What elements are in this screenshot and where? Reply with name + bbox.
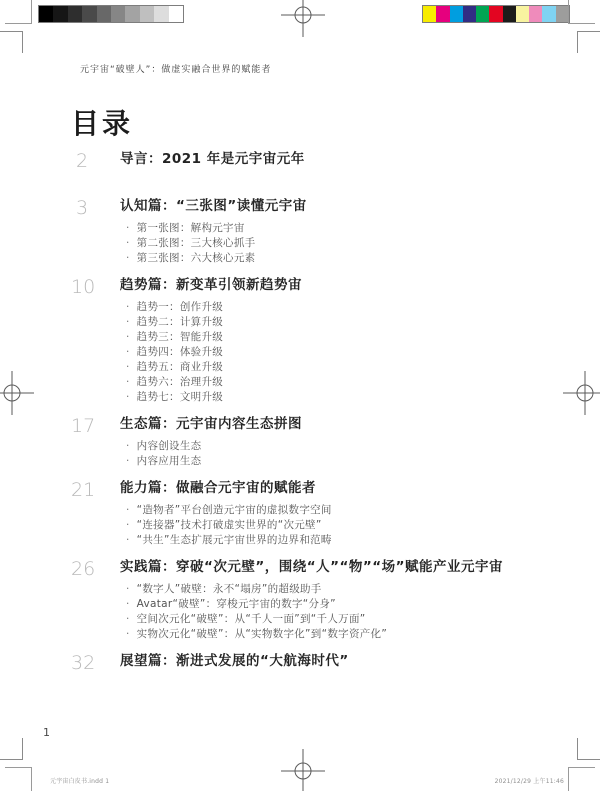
grayscale-swatch xyxy=(169,6,183,22)
toc-subitem: ·趋势六：治理升级 xyxy=(126,375,302,390)
toc-entry: 10趋势篇：新变革引领新趋势宙·趋势一：创作升级·趋势二：计算升级·趋势三：智能… xyxy=(71,278,571,405)
registration-mark-icon xyxy=(0,371,34,415)
toc-entry: 26实践篇：穿破“次元壁”，围绕“人”“物”“场”赋能产业元宇宙·“数字人”破壁… xyxy=(71,560,571,642)
toc-subitem: ·第一张图：解构元宇宙 xyxy=(126,221,307,236)
toc-subitem: ·Avatar“破壁”：穿梭元宇宙的数字“分身” xyxy=(126,597,503,612)
bullet-icon: · xyxy=(126,519,130,531)
footer-slug-left: 元宇宙白皮书.indd 1 xyxy=(50,776,109,785)
bullet-icon: · xyxy=(126,504,130,516)
toc-subitem-label: “连接器”技术打破虚实世界的“次元壁” xyxy=(137,519,322,531)
bullet-icon: · xyxy=(126,237,130,249)
toc-subitem-label: “共生”生态扩展元宇宙世界的边界和范畴 xyxy=(137,534,332,546)
toc-page-number: 32 xyxy=(71,654,93,672)
toc-subitem-label: 趋势四：体验升级 xyxy=(137,346,223,358)
toc-subitem-label: 内容创设生态 xyxy=(137,440,202,452)
toc-page-number: 10 xyxy=(71,278,93,405)
toc-subitem-label: Avatar“破壁”：穿梭元宇宙的数字“分身” xyxy=(137,598,336,610)
toc-subitem: ·趋势五：商业升级 xyxy=(126,360,302,375)
toc-entry: 2导言：2021 年是元宇宙元年 xyxy=(71,152,571,170)
toc-subitem: ·“数字人”破壁：永不“塌房”的超级助手 xyxy=(126,582,503,597)
toc-subitem: ·趋势四：体验升级 xyxy=(126,345,302,360)
crop-mark xyxy=(568,767,595,791)
color-calibration-bar xyxy=(422,5,570,23)
toc-subitem-label: 趋势七：文明升级 xyxy=(137,391,223,403)
bullet-icon: · xyxy=(126,613,130,625)
toc-entry-body: 导言：2021 年是元宇宙元年 xyxy=(120,152,305,170)
toc-subitem-label: 趋势二：计算升级 xyxy=(137,316,223,328)
color-swatch xyxy=(450,6,463,22)
bullet-icon: · xyxy=(126,628,130,640)
grayscale-swatch xyxy=(53,6,67,22)
color-swatch xyxy=(542,6,555,22)
toc-subitem: ·内容创设生态 xyxy=(126,439,302,454)
page-number: 1 xyxy=(43,726,50,739)
toc-subitem-label: 实物次元化“破壁”：从“实物数字化”到“数字资产化” xyxy=(137,628,387,640)
color-swatch xyxy=(556,6,569,22)
crop-mark xyxy=(577,738,600,760)
toc-entry-title: 生态篇：元宇宙内容生态拼图 xyxy=(120,417,302,432)
toc-subitem-list: ·第一张图：解构元宇宙·第二张图：三大核心抓手·第三张图：六大核心元素 xyxy=(126,221,307,266)
bullet-icon: · xyxy=(126,346,130,358)
toc-page-number: 21 xyxy=(71,481,93,548)
color-swatch xyxy=(476,6,489,22)
toc-subitem-label: 趋势五：商业升级 xyxy=(137,361,223,373)
crop-mark xyxy=(0,738,23,760)
toc-subitem-label: 趋势三：智能升级 xyxy=(137,331,223,343)
toc-entry-body: 能力篇：做融合元宇宙的赋能者·“造物者”平台创造元宇宙的虚拟数字空间·“连接器”… xyxy=(120,481,332,548)
toc-entry-title: 认知篇：“三张图”读懂元宇宙 xyxy=(120,199,307,214)
toc-subitem: ·空间次元化“破壁”：从“千人一面”到“千人万面” xyxy=(126,612,503,627)
crop-mark xyxy=(5,0,32,24)
grayscale-swatch xyxy=(39,6,53,22)
toc-subitem: ·“连接器”技术打破虚实世界的“次元壁” xyxy=(126,518,332,533)
bullet-icon: · xyxy=(126,376,130,388)
grayscale-swatch xyxy=(140,6,154,22)
toc-page-number: 26 xyxy=(71,560,93,642)
toc-entry: 3认知篇：“三张图”读懂元宇宙·第一张图：解构元宇宙·第二张图：三大核心抓手·第… xyxy=(71,199,571,266)
toc-subitem-list: ·趋势一：创作升级·趋势二：计算升级·趋势三：智能升级·趋势四：体验升级·趋势五… xyxy=(126,300,302,405)
toc-subitem-label: “数字人”破壁：永不“塌房”的超级助手 xyxy=(137,583,322,595)
toc-entry-title: 展望篇：渐进式发展的“大航海时代” xyxy=(120,654,349,669)
toc-subitem: ·第三张图：六大核心元素 xyxy=(126,251,307,266)
bullet-icon: · xyxy=(126,455,130,467)
toc-page-number: 17 xyxy=(71,417,93,469)
bullet-icon: · xyxy=(126,598,130,610)
toc-entry-title: 趋势篇：新变革引领新趋势宙 xyxy=(120,278,302,293)
registration-mark-icon xyxy=(281,0,325,37)
toc-entry-title: 实践篇：穿破“次元壁”，围绕“人”“物”“场”赋能产业元宇宙 xyxy=(120,560,503,575)
running-header: 元宇宙“破壁人”：做虚实融合世界的赋能者 xyxy=(80,62,271,75)
toc-subitem-label: 空间次元化“破壁”：从“千人一面”到“千人万面” xyxy=(137,613,366,625)
color-swatch xyxy=(423,6,436,22)
grayscale-swatch xyxy=(111,6,125,22)
toc-subitem-list: ·“造物者”平台创造元宇宙的虚拟数字空间·“连接器”技术打破虚实世界的“次元壁”… xyxy=(126,503,332,548)
crop-mark xyxy=(568,0,595,24)
bullet-icon: · xyxy=(126,301,130,313)
crop-mark xyxy=(577,31,600,53)
crop-mark xyxy=(5,767,32,791)
toc-subitem: ·“共生”生态扩展元宇宙世界的边界和范畴 xyxy=(126,533,332,548)
grayscale-swatch xyxy=(97,6,111,22)
toc-subitem-label: 第三张图：六大核心元素 xyxy=(137,252,256,264)
toc-subitem-label: “造物者”平台创造元宇宙的虚拟数字空间 xyxy=(137,504,332,516)
toc-entry-body: 趋势篇：新变革引领新趋势宙·趋势一：创作升级·趋势二：计算升级·趋势三：智能升级… xyxy=(120,278,302,405)
toc-subitem: ·实物次元化“破壁”：从“实物数字化”到“数字资产化” xyxy=(126,627,503,642)
color-swatch xyxy=(436,6,449,22)
toc-subitem-list: ·内容创设生态·内容应用生态 xyxy=(126,439,302,469)
toc-list: 2导言：2021 年是元宇宙元年3认知篇：“三张图”读懂元宇宙·第一张图：解构元… xyxy=(71,152,571,701)
grayscale-swatch xyxy=(68,6,82,22)
toc-entry-title: 导言：2021 年是元宇宙元年 xyxy=(120,152,305,167)
registration-mark-icon xyxy=(281,749,325,791)
toc-subitem-label: 趋势六：治理升级 xyxy=(137,376,223,388)
bullet-icon: · xyxy=(126,222,130,234)
grayscale-swatch xyxy=(125,6,139,22)
toc-page-number: 2 xyxy=(71,152,93,170)
bullet-icon: · xyxy=(126,440,130,452)
color-swatch xyxy=(516,6,529,22)
toc-page-number: 3 xyxy=(71,199,93,266)
page-title: 目录 xyxy=(71,102,133,142)
bullet-icon: · xyxy=(126,361,130,373)
color-swatch xyxy=(463,6,476,22)
bullet-icon: · xyxy=(126,583,130,595)
toc-entry: 21能力篇：做融合元宇宙的赋能者·“造物者”平台创造元宇宙的虚拟数字空间·“连接… xyxy=(71,481,571,548)
toc-subitem: ·内容应用生态 xyxy=(126,454,302,469)
toc-subitem-label: 第一张图：解构元宇宙 xyxy=(137,222,245,234)
toc-entry-title: 能力篇：做融合元宇宙的赋能者 xyxy=(120,481,332,496)
grayscale-swatch xyxy=(82,6,96,22)
grayscale-swatch xyxy=(154,6,168,22)
toc-entry: 32展望篇：渐进式发展的“大航海时代” xyxy=(71,654,571,672)
bullet-icon: · xyxy=(126,331,130,343)
toc-subitem: ·趋势二：计算升级 xyxy=(126,315,302,330)
toc-entry-body: 认知篇：“三张图”读懂元宇宙·第一张图：解构元宇宙·第二张图：三大核心抓手·第三… xyxy=(120,199,307,266)
toc-subitem-label: 第二张图：三大核心抓手 xyxy=(137,237,256,249)
toc-subitem: ·“造物者”平台创造元宇宙的虚拟数字空间 xyxy=(126,503,332,518)
toc-entry-body: 生态篇：元宇宙内容生态拼图·内容创设生态·内容应用生态 xyxy=(120,417,302,469)
toc-subitem: ·趋势七：文明升级 xyxy=(126,390,302,405)
footer-slug-right: 2021/12/29 上午11:46 xyxy=(495,776,564,785)
toc-subitem-label: 内容应用生态 xyxy=(137,455,202,467)
bullet-icon: · xyxy=(126,534,130,546)
bullet-icon: · xyxy=(126,252,130,264)
toc-entry-body: 实践篇：穿破“次元壁”，围绕“人”“物”“场”赋能产业元宇宙·“数字人”破壁：永… xyxy=(120,560,503,642)
toc-entry-body: 展望篇：渐进式发展的“大航海时代” xyxy=(120,654,349,672)
toc-entry: 17生态篇：元宇宙内容生态拼图·内容创设生态·内容应用生态 xyxy=(71,417,571,469)
toc-subitem: ·趋势三：智能升级 xyxy=(126,330,302,345)
toc-subitem: ·第二张图：三大核心抓手 xyxy=(126,236,307,251)
grayscale-calibration-bar xyxy=(38,5,184,23)
crop-mark xyxy=(0,31,23,53)
bullet-icon: · xyxy=(126,316,130,328)
color-swatch xyxy=(489,6,502,22)
toc-subitem-label: 趋势一：创作升级 xyxy=(137,301,223,313)
toc-subitem: ·趋势一：创作升级 xyxy=(126,300,302,315)
color-swatch xyxy=(529,6,542,22)
bullet-icon: · xyxy=(126,391,130,403)
color-swatch xyxy=(503,6,516,22)
document-page: 元宇宙“破壁人”：做虚实融合世界的赋能者 目录 2导言：2021 年是元宇宙元年… xyxy=(0,0,600,791)
toc-subitem-list: ·“数字人”破壁：永不“塌房”的超级助手·Avatar“破壁”：穿梭元宇宙的数字… xyxy=(126,582,503,642)
